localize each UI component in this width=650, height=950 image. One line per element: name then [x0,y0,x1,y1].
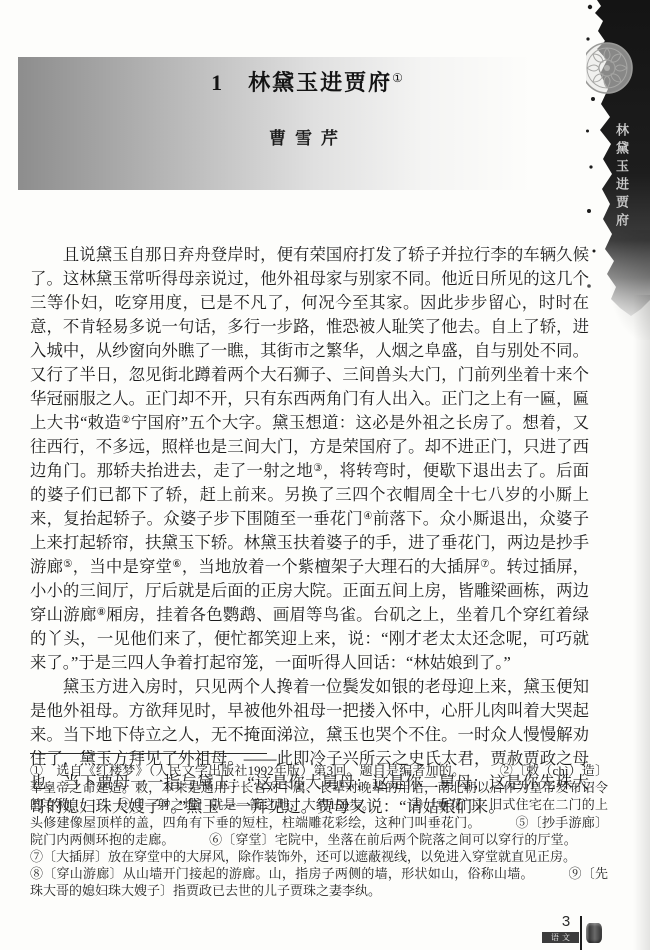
lesson-body: 且说黛玉自那日弃舟登岸时，便有荣国府打发了轿子并拉行李的车辆久候了。这林黛玉常听… [30,243,589,819]
footnote-group: ① 选自《红楼梦》（人民文学出版社1992年版）第3回。题目是编者加的。 ②〔敕… [30,762,608,865]
footnote-divider [30,753,267,754]
footer-divider-line [580,916,582,950]
textbook-page: 1 林黛玉进贾府① 曹雪芹 且说黛玉自那日弃舟登岸时，便有荣国府打发了轿子并拉行… [0,0,650,950]
footnote-item: ⑥〔穿堂〕宅院中，坐落在前后两个院落之间可以穿行的厅堂。 [209,832,577,847]
page-curl-shading [633,295,650,950]
page-number: 3 [554,913,578,930]
body-paragraph: 且说黛玉自那日弃舟登岸时，便有荣国府打发了轿子并拉行李的车辆久候了。这林黛玉常听… [30,243,589,675]
footnote-item: ⑦〔大插屏〕放在穿堂中的大屏风，除作装饰外，还可以遮蔽视线，以免进入穿堂就直见正… [30,849,576,864]
footnote-item: ③〔一射之地〕就是一箭之地，大约150步。 [118,797,376,812]
lesson-title: 1 林黛玉进贾府① [48,68,568,98]
footnotes-block: ① 选自《红楼梦》（人民文学出版社1992年版）第3回。题目是编者加的。 ②〔敕… [30,762,608,900]
footnote-item: ① 选自《红楼梦》（人民文学出版社1992年版）第3回。题目是编者加的。 [30,763,465,778]
footnote-group: ⑧〔穿山游廊〕从山墙开门接起的游廊。山，指房子两侧的墙，形状如山，俗称山墙。 ⑨… [30,865,608,899]
seal-emblem-icon [586,43,632,93]
title-block: 1 林黛玉进贾府① 曹雪芹 [48,68,568,149]
footnote-item: ⑧〔穿山游廊〕从山墙开门接起的游廊。山，指房子两侧的墙，形状如山，俗称山墙。 [30,866,534,881]
subject-badge: 语文 [542,932,579,943]
spine-icon [586,923,602,943]
author-name: 曹雪芹 [48,124,568,149]
